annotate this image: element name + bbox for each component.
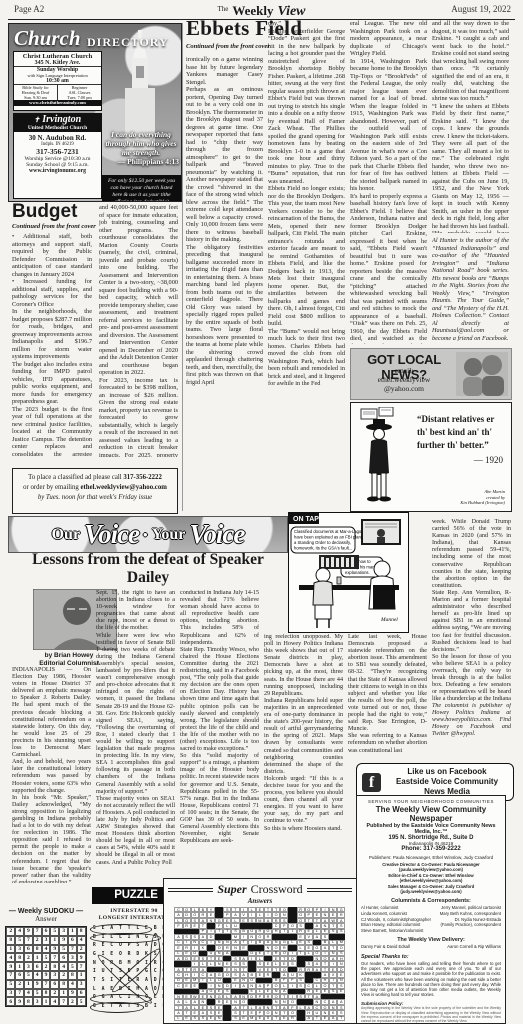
columnists-header: Columnists & Correspondents: [361,898,501,904]
facebook-icon: f [362,773,381,792]
sudoku-cell: 1 [24,980,33,989]
sudoku-cell: 6 [42,927,51,936]
crossword-subtitle: Answers [168,897,352,905]
cartoonist-signature: Mannel [380,617,398,623]
bubble1-line1: Classified documents at Mar-a-Lago [294,529,362,534]
list-item: Sales Manager & Co-Owner: Judy Crawford … [361,884,501,895]
sudoku-cell: 6 [15,971,24,980]
got-news-email: email: ethel.weeklyview @yahoo.com [354,366,454,393]
paper-title: The Weekly View Community Newspaper [361,805,501,823]
crossword-grid: COLBYSTILETTOROPINGADOREPAVILIONOPENERLO… [174,907,345,1021]
sudoku-cell: 3 [50,971,59,980]
list-item: Creative Director & Co-Owner: Paula Nice… [361,862,501,873]
wordsearch-circle-vertical [150,933,161,995]
bubble2-line3: explanations. [345,570,370,575]
howey-column-bio: The columnist is publisher of Howey Poli… [432,703,511,759]
classified-line3: by Tues. noon for that week's Friday iss… [13,493,177,503]
sudoku-cell: 3 [77,980,86,989]
masthead-info-box: SERVING YOUR NEIGHBORHOOD COMMUNITIES Th… [356,795,506,1024]
sudoku-cell: 9 [68,989,77,998]
sudoku-cell: 7 [77,962,86,971]
sudoku-cell: 7 [68,945,77,954]
sudoku-cell: 1 [59,989,68,998]
abe-martin-credit: Abe Martin created by Kin Hubbard (Irvin… [417,489,505,506]
sudoku-cell: 6 [6,997,15,1006]
sudoku-cell: 9 [42,971,51,980]
wordsearch-cell: N [90,959,99,968]
email-part1: ethel.weeklyview [354,375,454,384]
sudoku-cell: 8 [33,945,42,954]
ebbets-column-1: ironically on a game winning base hit by… [186,56,263,508]
crossword-title-crossword: Crossword [251,882,303,897]
crossword-title-row: Super Crossword [168,882,352,897]
wordsearch-cell: E [99,941,108,950]
columnists-left: Al Hunter, columnistLinda Kennett, colum… [361,905,431,933]
abe-martin-quote: “Distant relatives er th' best kind an' … [417,413,507,452]
crossword-cell: L [174,1016,182,1021]
classified-phone: 317-356-2222 [123,474,162,481]
list-item: Aaron Cornell & Rip Williams [447,944,501,950]
masthead-the: The [217,5,228,13]
crossword-cell [297,1016,305,1021]
sudoku-cell: 8 [24,997,33,1006]
voice-column-2: Sept. 15, the right to have an abortion … [96,590,175,883]
sudoku-cell: 4 [50,997,59,1006]
church-title-caps: DIRECTORY [87,35,169,50]
sudoku-cell: 7 [6,971,15,980]
ebbets-continued-line: Continued from the front cover [186,43,270,50]
published-by: Published by the Eastside Voice Communit… [361,823,501,835]
wordsearch-cell: I [151,1002,160,1011]
facebook-text: Like us on Facebook Eastside Voice Commu… [386,767,508,797]
sudoku-cell: 6 [33,962,42,971]
sudoku-cell: 9 [24,927,33,936]
sudoku-cell: 5 [6,980,15,989]
list-item: (Family Practice), correspondent [440,922,501,928]
abe-martin-box: “Distant relatives er th' best kind an' … [350,402,512,512]
budget-headline: Budget [12,201,77,223]
classified-line1: To place a classified ad please call 317… [13,473,177,483]
sudoku-cell: 3 [42,936,51,945]
sudoku-cell: 7 [15,989,24,998]
church-website: www.christlutheranindy.com [14,100,101,106]
budget-column-1: • Additional staff, both attorneys and s… [12,233,92,457]
worship-label: Sunday Worship [14,66,101,73]
sudoku-cell: 2 [77,945,86,954]
sudoku-cell: 2 [42,962,51,971]
list-item: Danny Fair & David Edsall [361,944,410,950]
crossword-cell [223,1016,231,1021]
sudoku-cell: 8 [77,927,86,936]
crossword-cell: E [207,1016,215,1021]
sudoku-cell: 7 [59,997,68,1006]
crossword-cell: N [215,1016,223,1021]
sudoku-cell: 1 [33,953,42,962]
issue-date: August 19, 2022 [451,4,511,14]
abe-martin-cartoon [355,407,413,507]
thanks-header: Special Thanks to: [361,954,501,960]
super-crossword-box: Super Crossword Answers COLBYSTILETTOROP… [163,878,357,1024]
classified-text: To place a classified ad please call [28,474,123,481]
sudoku-cell: 5 [59,945,68,954]
budget-column-2: and 40,000-50,000 square feet of space f… [99,204,178,457]
sudoku-cell: 1 [77,971,86,980]
banner-our: Our [52,526,80,544]
crossword-cell: E [183,1016,191,1021]
sudoku-cell: 7 [42,980,51,989]
crossword-cell: T [272,1016,280,1021]
sudoku-cell: 6 [68,936,77,945]
banner-voice1: Voice [84,519,139,550]
got-local-news-box: GOT LOCAL NEWS? email: ethel.weeklyview … [350,348,512,400]
list-item: Steve Barnett, historian/columnist [361,928,431,934]
crossword-cell: E [256,1016,264,1021]
sudoku-cell: 4 [42,945,51,954]
list-item: Editor-in-Chief & Co-Owner: Ethel Winslo… [361,873,501,884]
title-rule-left [168,888,213,892]
staff-list: Creative Director & Co-Owner: Paula Nice… [361,862,501,894]
crossword-cell: T [337,1016,345,1021]
on-tap-cartoon: ON TAP Classified documents at Mar-a-Lag… [288,512,409,633]
ebbets-column-2: day.” Phillies' centerfielder George “Do… [268,20,345,510]
sudoku-subtitle: Answer [4,915,88,923]
sudoku-cell: 7 [50,953,59,962]
wordsearch-cell: L [90,985,99,994]
wordsearch-cell: S [99,976,108,985]
sudoku-cell: 2 [33,936,42,945]
sudoku-cell: 3 [68,953,77,962]
sudoku-cell: 9 [77,953,86,962]
ebbets-column-4: and all the way down to the dugout, it w… [432,20,509,233]
crossword-cell: S [199,1016,207,1021]
wordsearch-cell: R [90,941,99,950]
delivery-header: The Weekly View Delivery: [361,937,501,943]
sudoku-cell: 8 [50,962,59,971]
sudoku-cell: 6 [50,980,59,989]
wordsearch-cell: O [116,950,125,959]
sudoku-cell: 9 [6,962,15,971]
sudoku-cell: 6 [24,945,33,954]
verse-ref: — Philippians 4:13 [103,157,179,166]
sudoku-cell: 5 [24,971,33,980]
sudoku-cell: 4 [68,980,77,989]
sudoku-cell: 1 [68,927,77,936]
sudoku-cell: 5 [42,953,51,962]
wordsearch-cell: A [142,976,151,985]
wordsearch-cell: I [90,967,99,976]
bible-verse: I can do everything through him who give… [103,130,179,166]
irvington-phone: 317-356-7231 [14,147,101,156]
voice-headline: Lessons from the defeat of Speaker Daile… [10,551,286,586]
classified-ad-box: To place a classified ad please call 317… [12,468,178,514]
wordsearch-cell: A [99,985,108,994]
sudoku-cell: 9 [50,945,59,954]
sudoku-cell: 5 [33,989,42,998]
sudoku-cell: 5 [68,962,77,971]
wordsearch-cell: D [133,950,142,959]
cartoon-label: ON TAP [293,516,319,523]
column-rule [182,23,183,511]
sudoku-cell: 3 [24,962,33,971]
sudoku-cell: 5 [77,997,86,1006]
irvington-name2: United Methodist Church [14,125,101,131]
sudoku-cell: 3 [6,989,15,998]
irvington-address: 30 N. Audubon Rd. [14,134,101,142]
sudoku-cell: 9 [15,997,24,1006]
delivery-list: Danny Fair & David EdsallAaron Cornell &… [361,944,501,950]
sudoku-cell: 5 [15,936,24,945]
sudoku-answer: — Weekly SUDOKU — Answer 249765318857231… [4,908,88,1007]
classified-email: ethel.weeklyview@yahoo.com [81,484,167,491]
irvington-website: www.irvingtonumc.org [14,168,101,174]
crossword-cell: M [248,1016,256,1021]
banner-your: Your [152,526,186,544]
sudoku-cell: 2 [6,927,15,936]
wordsearch-cell: B [151,924,160,933]
irvington-listing: ✝ Irvington United Methodist Church 30 N… [13,113,102,199]
crossword-cell: S [191,1016,199,1021]
sudoku-cell: 2 [50,989,59,998]
church-directory-ad: Church DIRECTORY Christ Lutheran Church … [8,23,182,202]
list-item: Mary Beth Kuhns, correspondent [440,911,501,917]
sudoku-cell: 8 [42,989,51,998]
sudoku-cell: 3 [15,945,24,954]
sudoku-cell: 9 [33,980,42,989]
email-part2: @yahoo.com [354,384,454,393]
classified-text: or order by emailing [23,484,80,491]
sudoku-cell: 1 [42,997,51,1006]
sudoku-cell: 3 [33,997,42,1006]
sudoku-cell: 2 [15,980,24,989]
crossword-cell: A [329,1016,337,1021]
sudoku-cell: 8 [68,971,77,980]
sudoku-cell: 2 [24,953,33,962]
banner-voice2: Voice [189,519,244,550]
newspaper-page: Page A2 The Weekly View August 19, 2022 … [0,0,523,1024]
sudoku-cell: 7 [33,927,42,936]
sudoku-cell: 4 [33,971,42,980]
sudoku-grid: 2497653188572319641368495724821576399136… [5,926,86,1007]
email-label: email: [354,366,454,375]
title-rule-right [307,888,352,892]
voice-column-3: conducted in Indiana July 14-15 revealed… [180,590,259,883]
kids-whispering-photo [456,352,508,396]
crossword-cell: E [321,1016,329,1021]
columnists-right: Jerry Mannel, political cartoonistMary B… [440,905,501,933]
crossword-cell: T [313,1016,321,1021]
crossword-cell: E [240,1016,248,1021]
church-listing-promo: For only $12.50 per week you can have yo… [102,175,181,202]
facebook-line2: Eastside Voice Community News Media [386,777,508,797]
irvington-logo: ✝ Irvington [14,115,101,125]
sudoku-cell: 2 [59,971,68,980]
crossword-cell: S [264,1016,272,1021]
policy-paragraph: Anything appearing in the Weekly View is… [361,1006,501,1023]
voice-column-1: INDIANAPOLIS — On Election Day 1986, Hoo… [12,667,91,883]
voice-column-5: Late last week, House Democrats proposed… [348,634,427,761]
facebook-line1: Like us on Facebook [386,767,508,777]
ebbets-column-3: eral League. The new old Washington Park… [350,20,427,344]
sudoku-cell: 2 [68,997,77,1006]
promo-text: For only $12.50 per week you can have yo… [108,178,175,202]
wordsearch-cell: E [107,950,116,959]
serving-line: SERVING YOUR NEIGHBORHOOD COMMUNITIES [361,799,501,804]
bar-cartoon-illustration: ON TAP Classified documents at Mar-a-Lag… [289,513,406,630]
sudoku-cell: 4 [15,927,24,936]
wordsearch-cell: T [90,976,99,985]
thanks-paragraph: Our readers, who have been calling and t… [361,961,501,997]
crossword-cell: S [231,1016,239,1021]
sudoku-cell: 4 [6,953,15,962]
sudoku-cell: 4 [59,962,68,971]
sudoku-cell: 6 [59,953,68,962]
banner-bullet: • [143,527,148,543]
sudoku-cell: 4 [24,989,33,998]
sudoku-cell: 3 [59,927,68,936]
bubble1-line3: a Standing Order to declassify, [294,540,351,545]
crossword-cell: E [280,1016,288,1021]
crossword-cell: A [305,1016,313,1021]
sudoku-cell: 1 [15,962,24,971]
cross-icon: ✝ [34,116,40,124]
church-title-script: Church [14,26,81,51]
abe-martin-year: — 1920 [417,455,503,465]
verse-text: I can do everything through him who give… [105,130,176,157]
sudoku-cell: 8 [15,953,24,962]
wordsearch-cell: A [142,941,151,950]
sudoku-cell: 8 [59,980,68,989]
sudoku-title: — Weekly SUDOKU — [4,908,88,915]
sudoku-cell: 1 [50,936,59,945]
sudoku-cell: 5 [50,927,59,936]
voice-column-4: ing reelection unopposed. My poll in How… [264,634,343,882]
wordsearch-circle-states [90,1002,144,1013]
bible-study-left: Bible Study for Hearing & Deaf Sun. 9:30… [14,85,58,100]
sudoku-cell: 4 [77,936,86,945]
classified-line2: or order by emailing ethel.weeklyview@ya… [13,483,177,493]
sudoku-cell: 7 [24,936,33,945]
bubble1-line2: have been explained as an FBI plant, [294,535,363,540]
sudoku-cell: 8 [6,936,15,945]
ebbets-author-bio: Al Hunter is the author of the “Haunted … [432,237,509,341]
crossword-cell: R [288,1016,296,1021]
bible-study-right: Beginner ASL Classes Tues. 7:00 pm [58,85,101,100]
sudoku-cell: 9 [59,936,68,945]
sudoku-cell: 1 [6,945,15,954]
bubble1-line4: homework, its the GSA's fault... [294,546,352,551]
church-name: Christ Lutheran Church [14,53,101,60]
publishers-line: Publishers: Paula Nicewanger, Ethel Wins… [361,855,501,860]
office-phone: Phone: 317-359-2222 [361,846,501,852]
our-voice-banner: Our Voice • Your Voice [8,516,288,553]
christ-lutheran-listing: Christ Lutheran Church 345 N. Kitley Ave… [13,51,102,111]
budget-continued-line: Continued from the front cover [12,223,96,230]
crossword-title-super: Super [217,882,246,897]
wordsearch-cell: R [125,950,134,959]
sudoku-cell: 6 [77,989,86,998]
voice-column-6: week. While Donald Trump carried 56% of … [432,519,511,701]
irvington-name: Irvington [42,114,81,125]
